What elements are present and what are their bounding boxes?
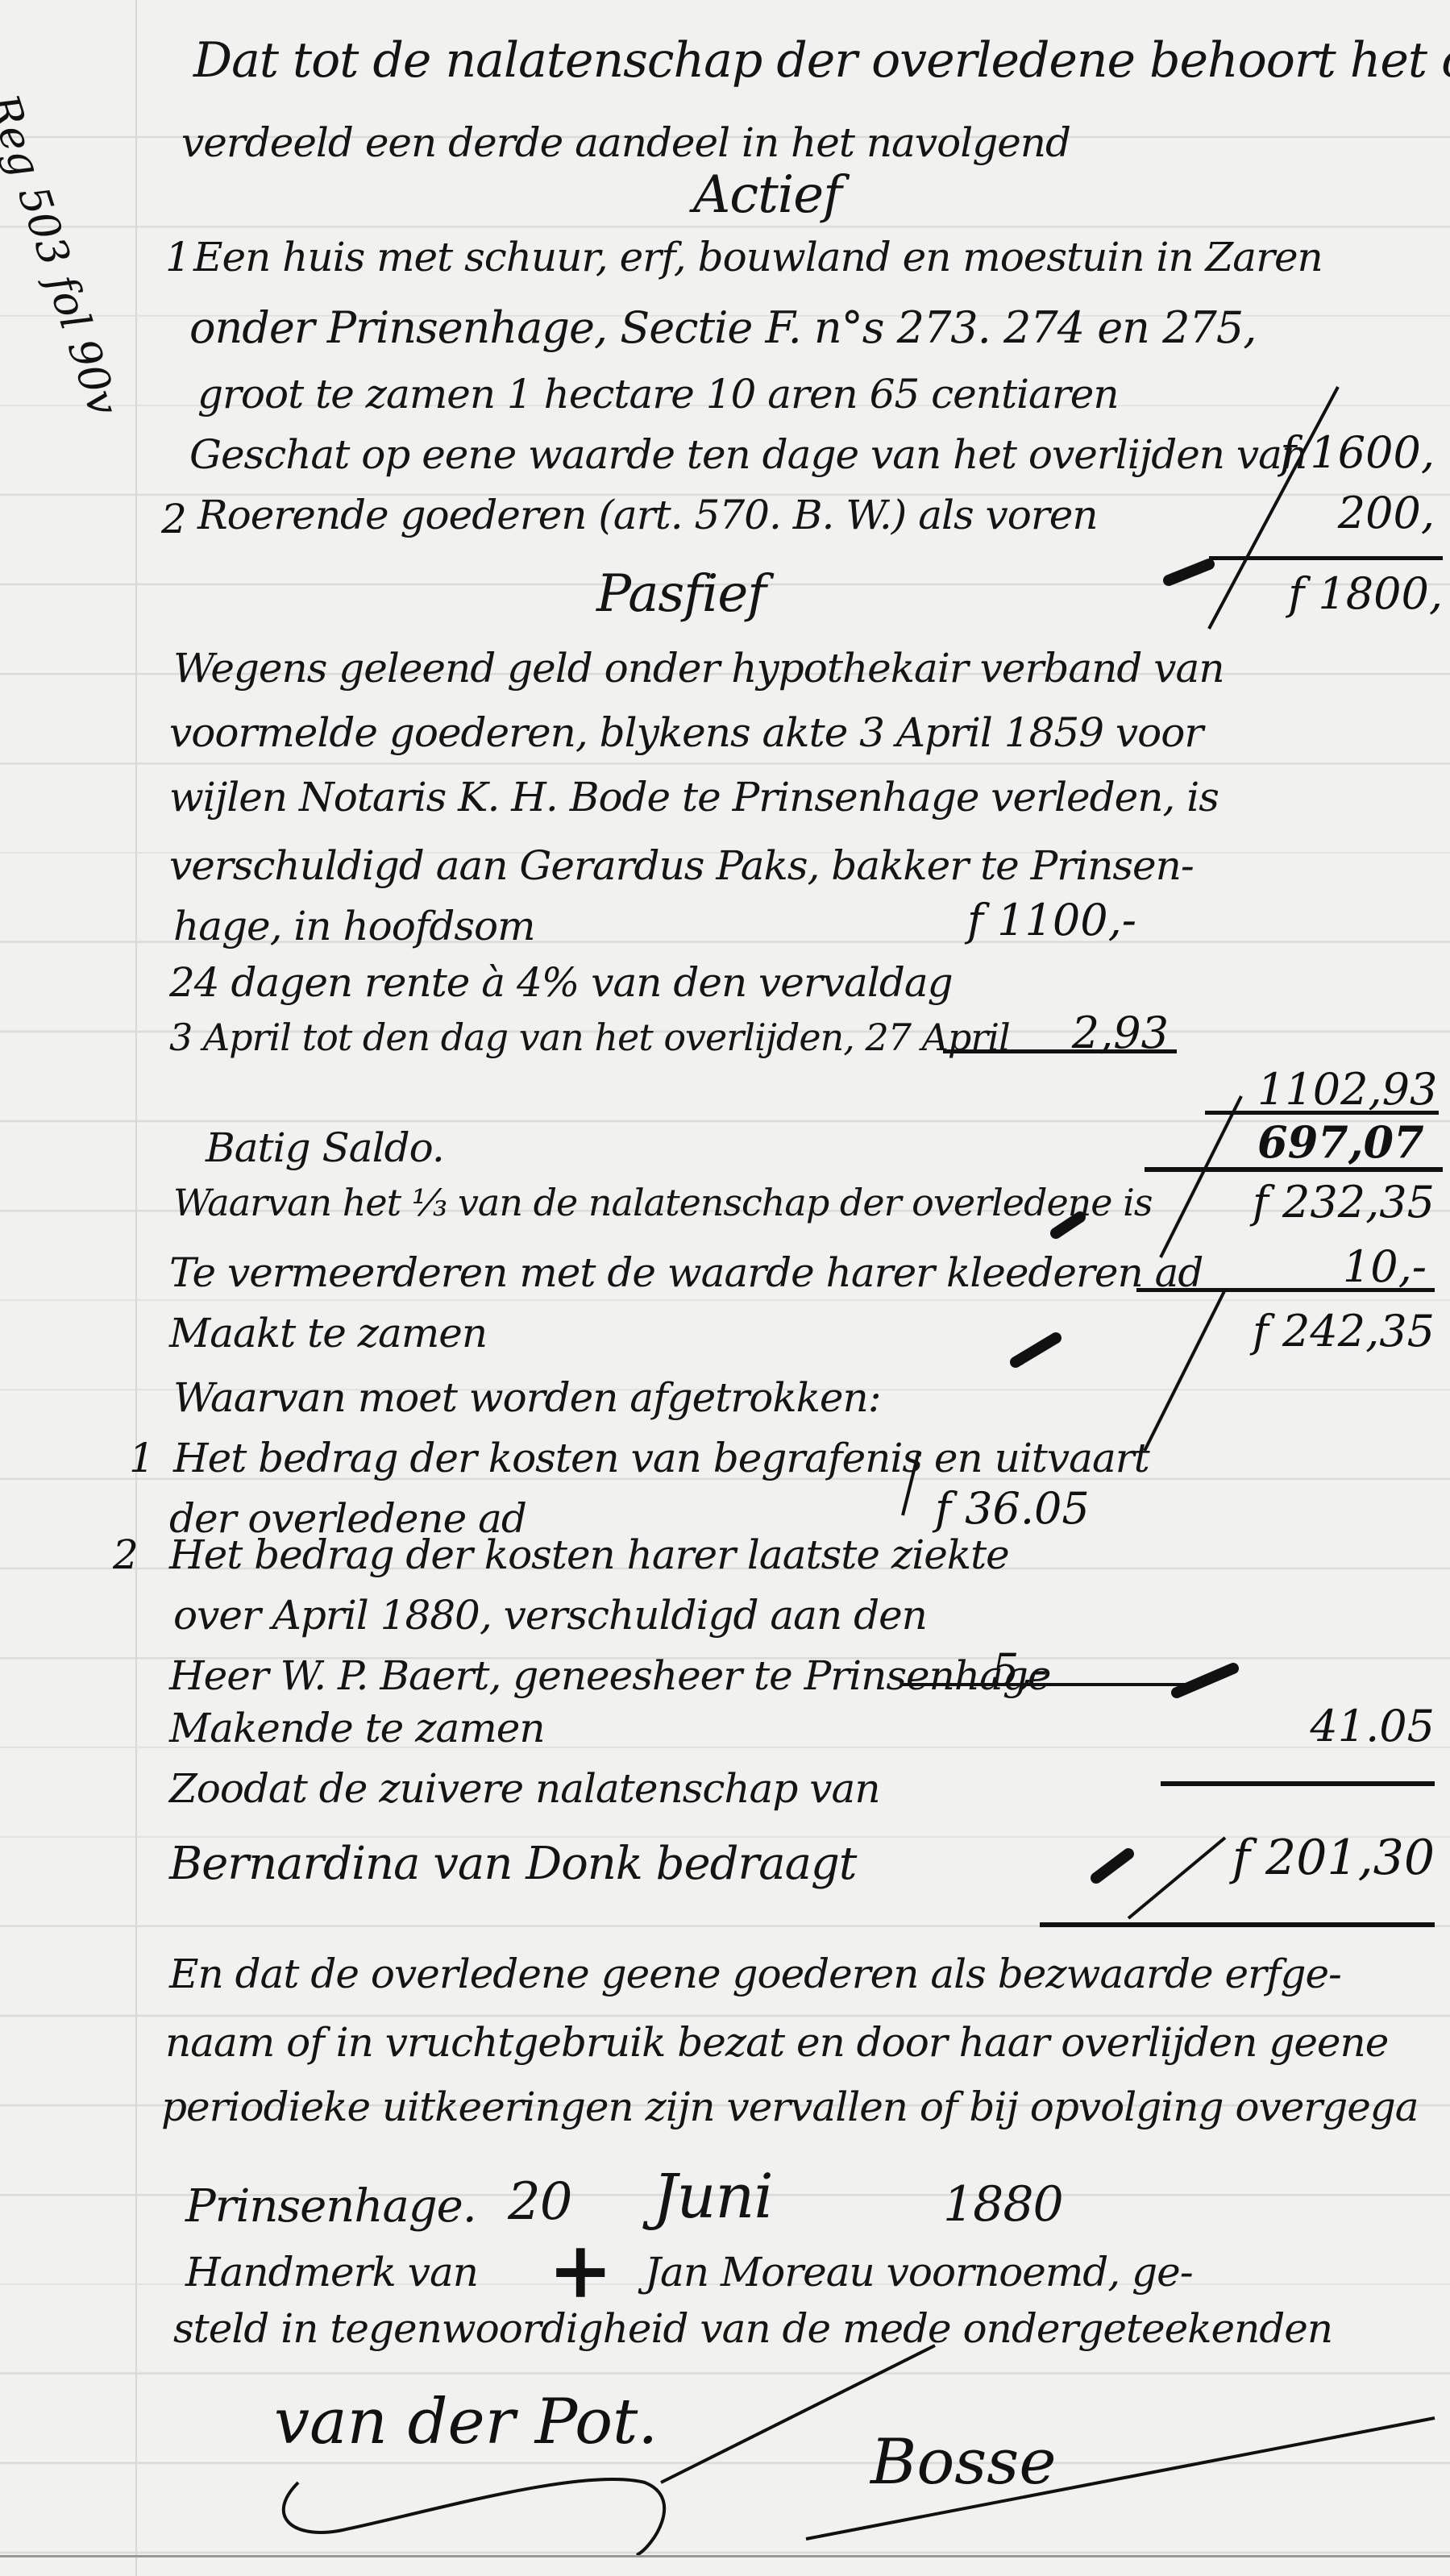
flourish-strokes (0, 0, 1450, 2576)
page-bottom-edge (0, 2555, 1450, 2557)
